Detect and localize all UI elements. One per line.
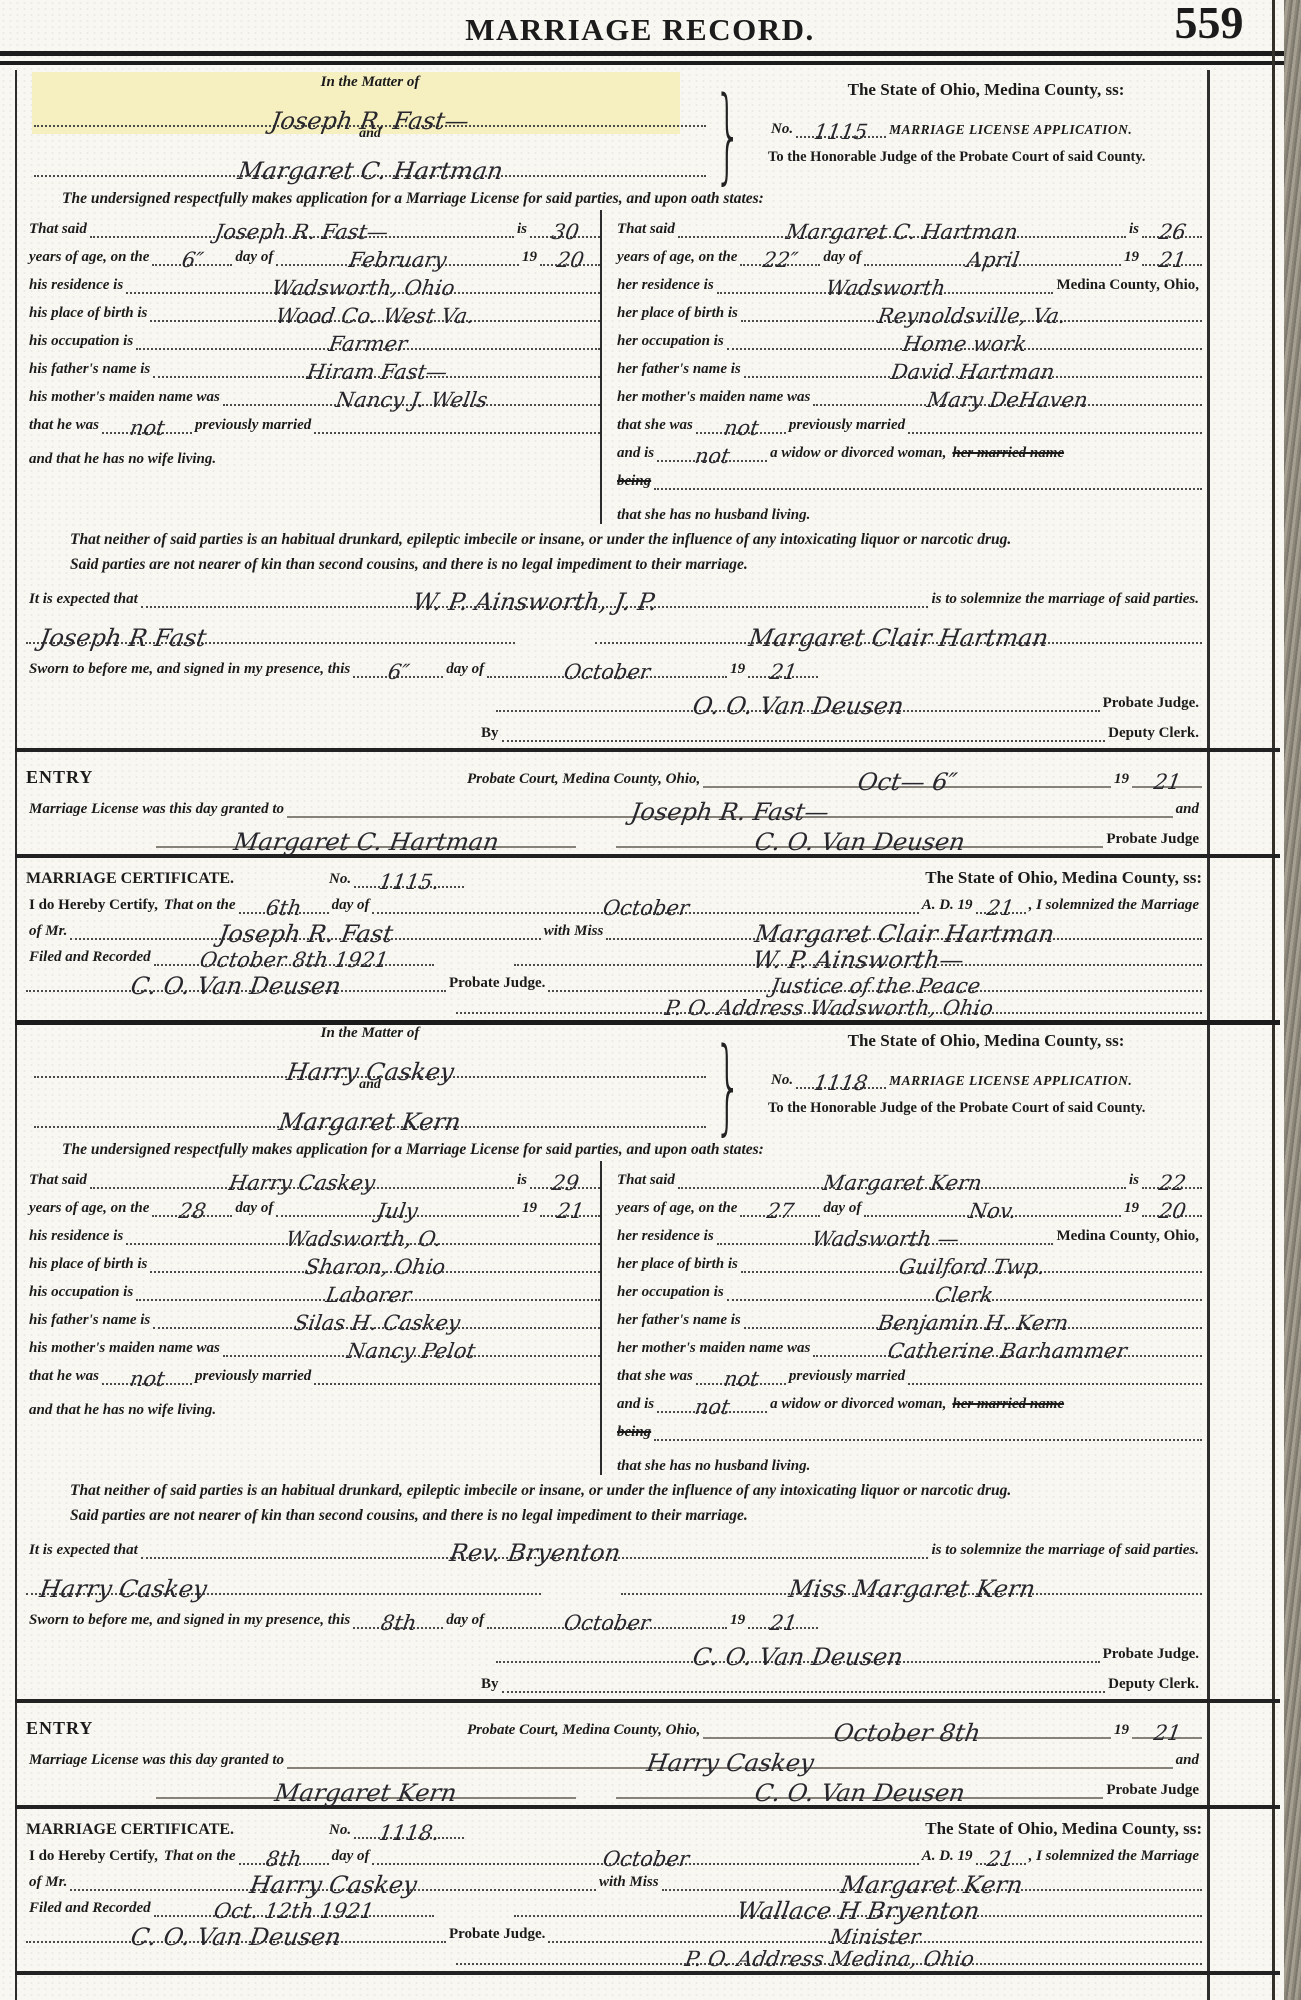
certify-label: I do Hereby Certify, (26, 897, 161, 914)
form-label: her place of birth is (614, 1256, 741, 1273)
form-label: his father's name is (26, 1312, 153, 1329)
scan-edge-texture (1284, 0, 1301, 2000)
form-label: is to solemnize the marriage of said par… (928, 591, 1202, 608)
form-row: that he wasnotpreviously married (26, 1357, 600, 1385)
granted-label: Marriage License was this day granted to (26, 801, 287, 818)
blank-line (314, 432, 600, 434)
form-row: and isnota widow or divorced woman,her m… (614, 1385, 1202, 1413)
bride-signature: Miss Margaret Kern (788, 1583, 1036, 1596)
blank-line (908, 1383, 1202, 1385)
form-row: that she has no husband living. (614, 1441, 1202, 1475)
bride-mother-value: Mary DeHaven (926, 394, 1089, 407)
entry-date-value: Oct— 6″ (857, 776, 958, 789)
license-number-fill: 1115 (796, 126, 886, 138)
groom-birthplace-value: Wood Co. West Va. (275, 310, 475, 323)
form-label: of Mr. (26, 923, 70, 940)
blank-line: 21 (976, 902, 1026, 914)
entry-granted-row: Marriage License was this day granted to… (26, 788, 1202, 818)
no-wife-label: and that he has no wife living. (26, 1402, 219, 1419)
in-matter-label: In the Matter of (26, 74, 714, 92)
bride-father-value: David Hartman (890, 366, 1055, 379)
form-label: years of age, on the (26, 249, 152, 266)
certificate-label: MARRIAGE CERTIFICATE. (26, 870, 326, 888)
blank-line: not (102, 422, 192, 434)
form-label: previously married (786, 1368, 908, 1385)
page-number: 559 (1148, 0, 1270, 49)
form-label: 19 (519, 1200, 540, 1217)
entry-year-value: 21 (1153, 776, 1182, 789)
married-name-label-struck: her married name (949, 445, 1067, 462)
blank-line: October (487, 1617, 727, 1629)
groom-name-line: Harry Caskey (34, 1043, 706, 1078)
bride-birthday-value: 27 (766, 1205, 795, 1218)
blank-line: Margaret Clair Hartman (606, 928, 1202, 940)
blank-line: Harry Caskey (70, 1879, 596, 1891)
blank-line: 22″ (740, 254, 820, 266)
form-label: years of age, on the (614, 1200, 740, 1217)
officiant-address-row: P. O. Address Wadsworth, Ohio (456, 992, 1202, 1014)
certify-row: I do Hereby Certify,That on the6thday of… (26, 888, 1202, 914)
entry-header-row: ENTRYProbate Court, Medina County, Ohio,… (26, 752, 1202, 788)
groom-signature: Joseph R Fast (39, 632, 207, 645)
form-label: and is (614, 1396, 657, 1413)
blank-line: Wood Co. West Va. (150, 310, 600, 322)
judge-signature: C. O. Van Deusen (692, 1651, 904, 1664)
by-label: By (478, 725, 502, 742)
form-label: his residence is (26, 1228, 126, 1245)
groom-signature-line: Joseph R Fast (26, 632, 515, 644)
record-page-content: In the Matter of Joseph R. Fast— and Mar… (26, 74, 1202, 1975)
bride-birthday-value: 22″ (762, 254, 799, 267)
blank-line: Wadsworth (717, 282, 1054, 294)
groom-birthday-value: 28 (178, 1205, 207, 1218)
form-label: is (514, 221, 530, 238)
bride-signature-line: Miss Margaret Kern (621, 1583, 1202, 1595)
cert-groom-value: Harry Caskey (249, 1879, 418, 1892)
blank-line: C. O. Van Deusen (616, 1787, 1103, 1799)
groom-signature-line: Harry Caskey (26, 1583, 541, 1595)
groom-not-married-value: not (129, 1373, 166, 1386)
in-matter-label: In the Matter of (26, 1025, 714, 1043)
form-label: her father's name is (614, 361, 744, 378)
sworn-year-value: 21 (769, 1617, 798, 1630)
form-label: years of age, on the (26, 1200, 152, 1217)
blank-line: Catherine Barhammer (813, 1345, 1202, 1357)
blank-line: Wallace H Bryenton (514, 1905, 1202, 1917)
blank-line: W. P. Ainsworth, J. P. (141, 596, 929, 608)
cert-bride-value: Margaret Kern (840, 1879, 1023, 1892)
blank-line: Margaret Kern (156, 1787, 576, 1799)
blank-line: Margaret C. Hartman (678, 226, 1126, 238)
application-title: MARRIAGE LICENSE APPLICATION. (886, 1073, 1135, 1089)
form-label: Sworn to before me, and signed in my pre… (26, 1612, 353, 1629)
blank-line: Wadsworth, Ohio (126, 282, 600, 294)
blank-line: Farmer (136, 338, 600, 350)
bride-mother-value: Catherine Barhammer (887, 1345, 1128, 1358)
license-number: 1118 (813, 1077, 869, 1090)
form-label: a widow or divorced woman, (767, 1396, 949, 1413)
form-label: his mother's maiden name was (26, 1340, 223, 1357)
blank-line: Wadsworth, O. (126, 1233, 600, 1245)
form-label: 19 (1111, 1722, 1132, 1739)
groom-not-married-value: not (129, 422, 166, 435)
blank-line: 21 (976, 1853, 1026, 1865)
cert-bride-value: Margaret Clair Hartman (754, 928, 1055, 941)
blank-line: October 8th (703, 1727, 1111, 1739)
bride-birthplace-value: Reynoldsville, Va. (877, 310, 1066, 323)
being-label-struck: being (614, 473, 654, 490)
probate-judge-label: Probate Judge (1103, 1782, 1202, 1799)
form-label: day of (443, 661, 487, 678)
form-label: day of (232, 249, 276, 266)
form-row: his father's name isHiram Fast— (26, 350, 600, 378)
officiant-name-value: Rev. Bryenton (449, 1547, 621, 1560)
cert-judge-signature: C. O. Van Deusen (130, 980, 342, 993)
filed-date-value: October 8th 1921 (199, 954, 389, 967)
probate-court-label: Probate Court, Medina County, Ohio, (464, 1722, 703, 1739)
form-row: That saidMargaret C. Hartmanis26 (614, 210, 1202, 238)
form-label: It is expected that (26, 1542, 141, 1559)
form-label: with Miss (541, 923, 607, 940)
cert-day-value: 8th (265, 1853, 302, 1866)
blank-line: 6″ (353, 666, 443, 678)
groom-birthplace-value: Sharon, Ohio (304, 1261, 446, 1274)
drunkard-clause: That neither of said parties is an habit… (26, 1481, 1202, 1500)
form-row: and that he has no wife living. (26, 1385, 600, 1419)
form-label: of Mr. (26, 1874, 70, 1891)
groom-mother-value: Nancy J. Wells (335, 394, 488, 407)
probate-judge-label: Probate Judge. (446, 975, 548, 992)
blank-line: W. P. Ainsworth— (514, 954, 1202, 966)
form-label: her residence is (614, 1228, 717, 1245)
form-label: his occupation is (26, 1284, 136, 1301)
entry-section-1: ENTRYProbate Court, Medina County, Ohio,… (26, 752, 1202, 848)
filed-label: Filed and Recorded (26, 1900, 154, 1917)
application-title: MARRIAGE LICENSE APPLICATION. (886, 122, 1135, 138)
to-judge-label: To the Honorable Judge of the Probate Co… (768, 1100, 1204, 1117)
officiant-address-value: P. O. Address Wadsworth, Ohio (664, 1002, 994, 1015)
groom-occupation-value: Laborer (325, 1289, 412, 1302)
form-row: that she has no husband living. (614, 490, 1202, 524)
bride-signature: Margaret Clair Hartman (748, 632, 1049, 645)
sworn-day-value: 6″ (387, 666, 410, 679)
form-label: and is (614, 445, 657, 462)
blank-line: C. O. Van Deusen (26, 980, 446, 992)
cert-year-value: 21 (986, 902, 1015, 915)
certify-label: I do Hereby Certify, (26, 1848, 161, 1865)
form-label: is (514, 1172, 530, 1189)
probate-judge-label: Probate Judge. (446, 1926, 548, 1943)
form-label: , I solemnized the Marriage (1026, 1848, 1202, 1865)
blank-line: not (696, 422, 786, 434)
form-label: her father's name is (614, 1312, 744, 1329)
officiant-address-row: P. O. Address Medina, Ohio (456, 1943, 1202, 1965)
license-number: 1115 (813, 126, 869, 139)
bride-residence-value: Wadsworth (824, 282, 945, 295)
groom-birthmonth-value: February (348, 254, 447, 267)
deputy-clerk-label: Deputy Clerk. (1105, 725, 1202, 742)
blank-line: Harry Caskey (90, 1177, 514, 1189)
blank-line: Nancy Pelot (223, 1345, 600, 1357)
entry-section-2: ENTRYProbate Court, Medina County, Ohio,… (26, 1703, 1202, 1799)
parties-names: In the Matter of Harry Caskey and Margar… (26, 1025, 714, 1128)
blank-line: Hiram Fast— (153, 366, 600, 378)
blank-line: Nancy J. Wells (223, 394, 600, 406)
form-row: her father's name isBenjamin H. Kern (614, 1301, 1202, 1329)
form-label: that he was (26, 1368, 102, 1385)
form-label: day of (443, 1612, 487, 1629)
form-label: her mother's maiden name was (614, 389, 813, 406)
cert-groom-value: Joseph R. Fast (218, 928, 394, 941)
probate-court-label: Probate Court, Medina County, Ohio, (464, 771, 703, 788)
blank-line: 20 (1142, 1205, 1202, 1217)
undersigned-line: The undersigned respectfully makes appli… (62, 190, 1202, 208)
state-county-label: The State of Ohio, Medina County, ss: (768, 1031, 1204, 1051)
bride-birthyear-value: 21 (1158, 254, 1187, 267)
form-label: is (1126, 1172, 1142, 1189)
form-label: 19 (1111, 771, 1132, 788)
page-title: MARRIAGE RECORD. (0, 12, 1280, 48)
form-label: her place of birth is (614, 305, 741, 322)
groom-name-value: Harry Caskey (228, 1177, 376, 1190)
and-label: and (26, 127, 714, 142)
entry-bride-value: Margaret C. Hartman (233, 836, 500, 849)
cert-day-value: 6th (265, 902, 302, 915)
blank-line: 27 (740, 1205, 820, 1217)
groom-column: That saidHarry Caskeyis29 years of age, … (26, 1161, 600, 1475)
form-label: , I solemnized the Marriage (1026, 897, 1202, 914)
bride-birthmonth-value: Nov. (968, 1205, 1017, 1218)
no-husband-label: that she has no husband living. (614, 507, 813, 524)
blank-line: February (276, 254, 519, 266)
bride-name: Margaret C. Hartman (237, 165, 504, 178)
form-label: Sworn to before me, and signed in my pre… (26, 661, 353, 678)
to-judge-label: To the Honorable Judge of the Probate Co… (768, 149, 1204, 166)
form-label: years of age, on the (614, 249, 740, 266)
blank-line: Home work (727, 338, 1202, 350)
blank-line: Margaret Kern (662, 1879, 1202, 1891)
form-label: his residence is (26, 277, 126, 294)
form-label: That on the (161, 1848, 239, 1865)
form-row: her residence isWadsworth —Medina County… (614, 1217, 1202, 1245)
blank-line: not (657, 450, 767, 462)
blank-line: C. O. Van Deusen (496, 1651, 1100, 1663)
blank-line: Guilford Twp. (741, 1261, 1202, 1273)
form-label: day of (329, 897, 373, 914)
application-heading: The State of Ohio, Medina County, ss: No… (768, 80, 1204, 166)
and-label: and (26, 1078, 714, 1093)
no-wife-label: and that he has no wife living. (26, 451, 219, 468)
bride-age-value: 22 (1158, 1177, 1187, 1190)
license-number-fill: 1118 (796, 1077, 886, 1089)
blank-line: Joseph R. Fast— (90, 226, 514, 238)
cert-month-value: October (602, 902, 690, 915)
entry-groom-value: Joseph R. Fast— (630, 806, 830, 819)
bride-not-married-value: not (723, 1373, 760, 1386)
sworn-month-value: October (563, 666, 651, 679)
form-label: his place of birth is (26, 305, 150, 322)
form-label: her occupation is (614, 1284, 727, 1301)
form-row: and that he has no wife living. (26, 434, 600, 468)
blank-line (314, 1383, 600, 1385)
judge-signature: O. O. Van Deusen (692, 700, 905, 713)
bride-birthmonth-value: April (966, 254, 1020, 267)
blank-line: 28 (152, 1205, 232, 1217)
form-row: That saidJoseph R. Fast—is30 (26, 210, 600, 238)
form-label: That said (614, 1172, 678, 1189)
entry-year-value: 21 (1153, 1727, 1182, 1740)
entry-judge-signature: C. O. Van Deusen (754, 1787, 966, 1800)
state-county-label: The State of Ohio, Medina County, ss: (925, 868, 1202, 888)
form-row: her residence isWadsworthMedina County, … (614, 266, 1202, 294)
form-label: her mother's maiden name was (614, 1340, 813, 1357)
and-label: and (1173, 801, 1202, 818)
groom-father-value: Silas H. Caskey (293, 1317, 461, 1330)
blank-line: Mary DeHaven (813, 394, 1202, 406)
blank-line: Benjamin H. Kern (744, 1317, 1202, 1329)
state-county-label: The State of Ohio, Medina County, ss: (925, 1819, 1202, 1839)
applicant-columns: That saidJoseph R. Fast—is30 years of ag… (26, 210, 1202, 524)
blank-line: 21 (1142, 254, 1202, 266)
blank-line: Harry Caskey (287, 1757, 1173, 1769)
blank-line: 8th (239, 1853, 329, 1865)
groom-signature: Harry Caskey (39, 1583, 208, 1596)
certificate-header-row: MARRIAGE CERTIFICATE.No.1118.The State o… (26, 1809, 1202, 1839)
bride-not-widow-value: not (694, 1401, 731, 1414)
entry-bride-value: Margaret Kern (274, 1787, 457, 1800)
form-label: previously married (192, 417, 314, 434)
entry-date-value: October 8th (833, 1727, 981, 1740)
form-label: 19 (727, 661, 748, 678)
blank-line: not (102, 1373, 192, 1385)
blank-line: Margaret Kern (678, 1177, 1126, 1189)
blank-line: 30 (530, 226, 600, 238)
kin-clause: Said parties are not nearer of kin than … (26, 555, 1202, 574)
groom-birthyear-value: 21 (556, 1205, 585, 1218)
blank-line: Margaret C. Hartman (156, 836, 576, 848)
form-row: That saidMargaret Kernis22 (614, 1161, 1202, 1189)
form-label: That on the (161, 897, 239, 914)
bride-not-married-value: not (723, 422, 760, 435)
blank-line: October (372, 902, 918, 914)
entry-header-row: ENTRYProbate Court, Medina County, Ohio,… (26, 1703, 1202, 1739)
groom-birthmonth-value: July (376, 1205, 419, 1218)
bride-age-value: 26 (1158, 226, 1187, 239)
blank-line: July (276, 1205, 519, 1217)
form-label: day of (329, 1848, 373, 1865)
brace-icon: } (714, 1027, 742, 1147)
form-label: that he was (26, 417, 102, 434)
no-label: No. (768, 1072, 796, 1089)
groom-birthday-value: 6″ (181, 254, 204, 267)
blank-line: Nov. (864, 1205, 1121, 1217)
groom-residence-value: Wadsworth, O. (284, 1233, 441, 1246)
certificate-number: 1115. (378, 876, 440, 889)
form-label: his occupation is (26, 333, 136, 350)
groom-mother-value: Nancy Pelot (346, 1345, 476, 1358)
license-number-line: No. 1118 MARRIAGE LICENSE APPLICATION. (768, 1057, 1204, 1089)
in-the-matter-block: In the Matter of Harry Caskey and Margar… (26, 1025, 1202, 1137)
bride-name-line: Margaret Kern (34, 1093, 706, 1128)
blank-line: David Hartman (744, 366, 1202, 378)
blank-line: 6th (239, 902, 329, 914)
form-label: with Miss (596, 1874, 662, 1891)
blank-line (654, 488, 1202, 490)
form-row: that she wasnotpreviously married (614, 406, 1202, 434)
blank-line: 22 (1142, 1177, 1202, 1189)
form-row: his residence isWadsworth, Ohio (26, 266, 600, 294)
sworn-year-value: 21 (769, 666, 798, 679)
blank-line: C. O. Van Deusen (26, 1931, 446, 1943)
filed-label: Filed and Recorded (26, 949, 154, 966)
form-label: his place of birth is (26, 1256, 150, 1273)
form-row: his residence isWadsworth, O. (26, 1217, 600, 1245)
form-label: day of (820, 249, 864, 266)
blank-line: 6″ (152, 254, 232, 266)
form-label: her occupation is (614, 333, 727, 350)
entry-label: ENTRY (26, 767, 464, 788)
undersigned-line: The undersigned respectfully makes appli… (62, 1141, 1202, 1159)
groom-birthyear-value: 20 (556, 254, 585, 267)
blank-line: 21 (1132, 1727, 1202, 1739)
blank-line: 29 (530, 1177, 600, 1189)
blank-line: Rev. Bryenton (141, 1547, 929, 1559)
form-label: 19 (1121, 249, 1142, 266)
bride-name-value: Margaret C. Hartman (785, 226, 1019, 239)
bottom-rule (15, 1971, 1280, 1975)
cert-officiant-signature: W. P. Ainsworth— (751, 954, 964, 967)
filed-date-value: Oct. 12th 1921 (213, 1905, 375, 1918)
header-rule-top (0, 51, 1284, 56)
blank-line: 21 (748, 666, 818, 678)
blank-line: Minister (548, 1931, 1202, 1943)
entry-groom-value: Harry Caskey (645, 1757, 814, 1770)
header-rule-bottom (0, 61, 1284, 65)
bride-occupation-value: Clerk (934, 1289, 994, 1302)
cert-judge-row: C. O. Van DeusenProbate Judge.Minister (26, 1917, 1202, 1943)
probate-judge-label: Probate Judge. (1100, 1646, 1202, 1663)
marriage-certificate-1: MARRIAGE CERTIFICATE.No.1115.The State o… (26, 858, 1202, 1014)
form-row: that he wasnotpreviously married (26, 406, 600, 434)
bride-name-value: Margaret Kern (822, 1177, 983, 1190)
state-county-label: The State of Ohio, Medina County, ss: (768, 80, 1204, 100)
granted-label: Marriage License was this day granted to (26, 1752, 287, 1769)
blank-line: Silas H. Caskey (153, 1317, 600, 1329)
blank-line: Sharon, Ohio (150, 1261, 600, 1273)
blank-line (502, 1691, 1106, 1693)
no-label: No. (326, 1822, 354, 1839)
form-label: his father's name is (26, 361, 153, 378)
bride-occupation-value: Home work (902, 338, 1027, 351)
certificate-number: 1118. (378, 1827, 440, 1840)
probate-judge-label: Probate Judge (1103, 831, 1202, 848)
blank-line: Oct— 6″ (703, 776, 1111, 788)
form-label: is to solemnize the marriage of said par… (928, 1542, 1202, 1559)
being-label-struck: being (614, 1424, 654, 1441)
no-label: No. (768, 121, 796, 138)
drunkard-clause: That neither of said parties is an habit… (26, 530, 1202, 549)
blank-line: Wadsworth — (717, 1233, 1054, 1245)
officiant-title-value: Minister (829, 1931, 921, 1944)
medina-county-label: Medina County, Ohio, (1053, 277, 1202, 294)
certificate-header-row: MARRIAGE CERTIFICATE.No.1115.The State o… (26, 858, 1202, 888)
blank-line: 20 (540, 254, 600, 266)
right-margin-rule (1207, 70, 1210, 2000)
groom-age-value: 29 (551, 1177, 580, 1190)
blank-line: 21 (1132, 776, 1202, 788)
form-label: her residence is (614, 277, 717, 294)
form-label: previously married (786, 417, 908, 434)
